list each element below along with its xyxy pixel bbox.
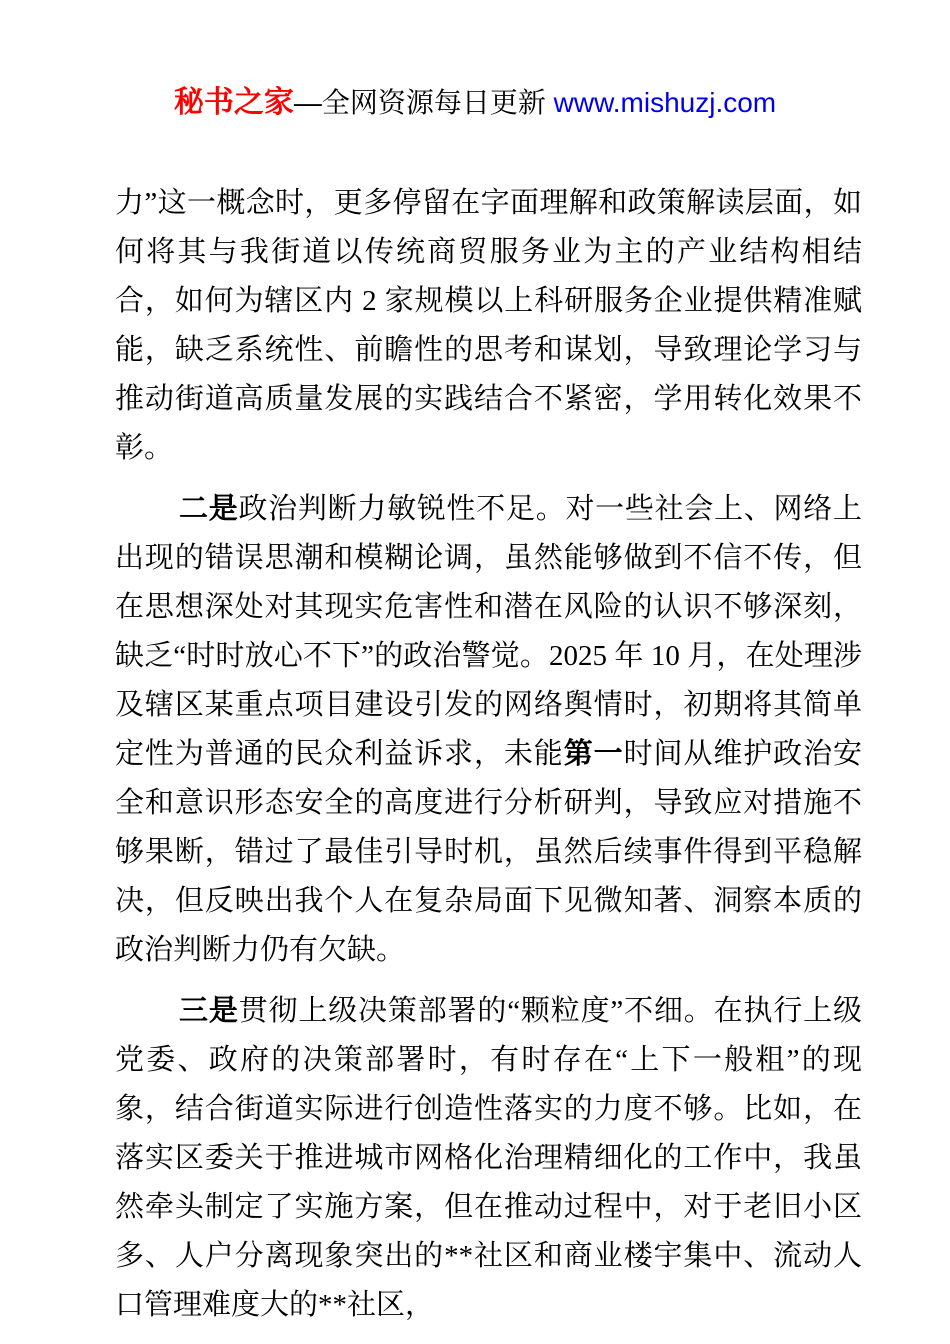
document-page: 秘书之家—全网资源每日更新 www.mishuzj.com 力”这一概念时，更多…: [0, 0, 950, 1344]
emphasis-text: 三是: [179, 995, 239, 1027]
paragraph: 力”这一概念时，更多停留在字面理解和政策解读层面，如何将其与我街道以传统商贸服务…: [115, 179, 862, 473]
body-text: 时间从维护政治安全和意识形态安全的高度进行分析研判，导致应对措施不够果断，错过了…: [115, 738, 862, 966]
paragraph: 二是政治判断力敏锐性不足。对一些社会上、网络上出现的错误思潮和模糊论调，虽然能够…: [115, 485, 862, 975]
emphasis-text: 二是: [179, 493, 238, 525]
emphasis-text: 第一: [564, 738, 624, 770]
paragraph: 三是贯彻上级决策部署的“颗粒度”不细。在执行上级党委、政府的决策部署时，有时存在…: [115, 987, 862, 1330]
site-url-link[interactable]: www.mishuzj.com: [554, 87, 776, 118]
body-text: 政治判断力敏锐性不足。对一些社会上、网络上出现的错误思潮和模糊论调，虽然能够做到…: [115, 493, 862, 770]
site-tagline: —全网资源每日更新: [294, 87, 554, 118]
site-name: 秘书之家: [174, 86, 294, 119]
document-body: 力”这一概念时，更多停留在字面理解和政策解读层面，如何将其与我街道以传统商贸服务…: [115, 179, 862, 1330]
body-text: 力”这一概念时，更多停留在字面理解和政策解读层面，如何将其与我街道以传统商贸服务…: [115, 187, 862, 464]
site-header: 秘书之家—全网资源每日更新 www.mishuzj.com: [0, 0, 950, 121]
body-text: 贯彻上级决策部署的“颗粒度”不细。在执行上级党委、政府的决策部署时，有时存在“上…: [115, 995, 862, 1321]
